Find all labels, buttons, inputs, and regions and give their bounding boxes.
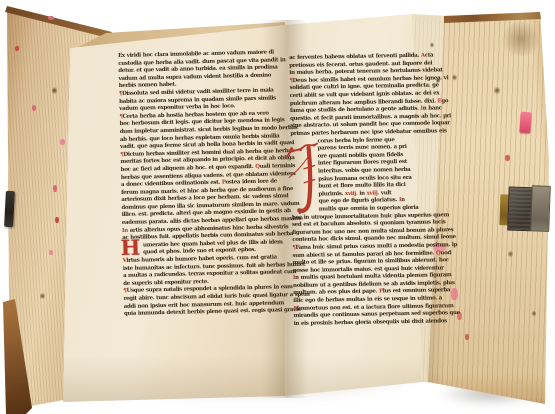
edge-speckle	[53, 185, 57, 192]
wood-knot	[508, 250, 513, 258]
wood-knot	[52, 86, 57, 95]
clasp-hinge-plate	[530, 185, 551, 232]
initial-flourish-icon	[285, 138, 318, 215]
wood-knot	[532, 310, 536, 317]
left-page-text: Ex viridi hoc clara immolabile ac anno v…	[118, 49, 291, 319]
metal-clasp	[497, 182, 551, 234]
fore-edge-mark	[505, 155, 510, 161]
board-stain	[500, 22, 542, 56]
right-page-text: ac ferventes habens oblatas ut ferventi …	[289, 53, 427, 329]
fore-edge-mark	[451, 288, 458, 300]
edge-speckle	[60, 139, 65, 145]
right-page-wrapped-lines: corus herba hylo ferme queparens terris …	[317, 136, 424, 214]
clasp-plate	[507, 186, 533, 231]
illuminated-initial-row: A	[290, 136, 424, 214]
lombard-initial-h: H	[120, 239, 140, 256]
fore-edge-mark	[465, 334, 469, 340]
wood-knot	[494, 86, 500, 95]
edge-speckle	[49, 250, 53, 255]
photograph-of-open-incunable: Ex viridi hoc clara immolabile ac anno v…	[0, 0, 555, 414]
wood-knot	[452, 74, 457, 81]
clasp-catch	[4, 191, 15, 227]
edge-speckle	[55, 217, 59, 223]
left-page-lines: Ex viridi hoc clara immolabile ac anno v…	[118, 49, 291, 319]
wood-knot	[40, 292, 45, 300]
right-page-top-lines: ac ferventes habens oblatas ut ferventi …	[289, 53, 423, 139]
right-page-bottom-lines: hoc in utroque immortalitatem huic plus …	[292, 212, 427, 328]
wood-knot	[430, 42, 434, 48]
edge-speckle	[32, 105, 36, 111]
edge-speckle	[15, 46, 19, 51]
edge-speckle	[48, 16, 54, 20]
fabric-tab	[519, 112, 531, 134]
illuminated-initial: A	[285, 138, 318, 215]
